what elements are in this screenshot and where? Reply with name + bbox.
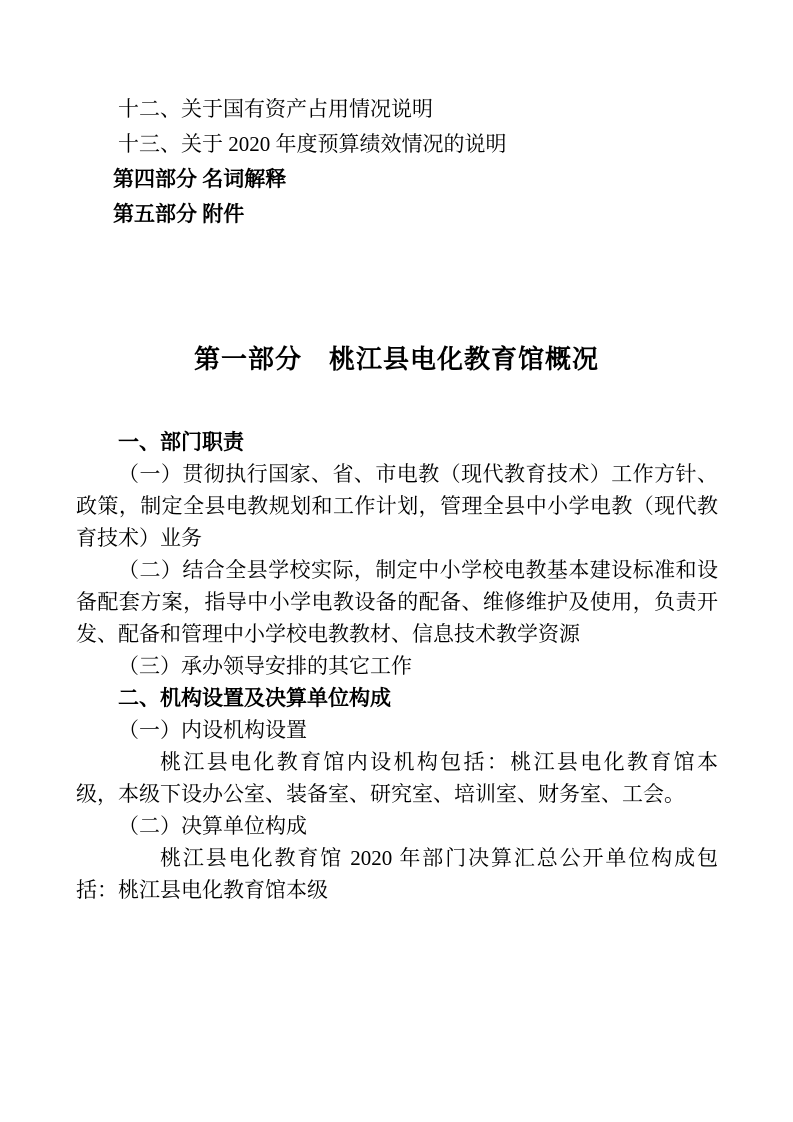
paragraph-line: 发、配备和管理中小学校电教教材、信息技术教学资源 — [76, 618, 718, 650]
toc-item: 十三、关于 2020 年度预算绩效情况的说明 — [76, 127, 718, 162]
section-heading: 一、部门职责 — [76, 426, 718, 458]
subsection-heading: （二）决算单位构成 — [76, 810, 718, 842]
toc-item: 十二、关于国有资产占用情况说明 — [76, 92, 718, 127]
document-page: 十二、关于国有资产占用情况说明 十三、关于 2020 年度预算绩效情况的说明 第… — [0, 0, 793, 1122]
paragraph-line: （一）贯彻执行国家、省、市电教（现代教育技术）工作方针、 — [76, 458, 718, 490]
paragraph-line: 备配套方案，指导中小学电教设备的配备、维修维护及使用，负责开 — [76, 586, 718, 618]
paragraph-line: 括：桃江县电化教育馆本级 — [76, 874, 718, 906]
paragraph-line: 桃江县电化教育馆 2020 年部门决算汇总公开单位构成包 — [76, 842, 718, 874]
toc-block: 十二、关于国有资产占用情况说明 十三、关于 2020 年度预算绩效情况的说明 第… — [76, 92, 718, 232]
paragraph-line: 级，本级下设办公室、装备室、研究室、培训室、财务室、工会。 — [76, 778, 718, 810]
body-block: 一、部门职责 （一）贯彻执行国家、省、市电教（现代教育技术）工作方针、 政策，制… — [76, 426, 718, 906]
part-heading: 第四部分 名词解释 — [76, 162, 718, 197]
section-heading: 二、机构设置及决算单位构成 — [76, 682, 718, 714]
paragraph-line: （二）结合全县学校实际，制定中小学校电教基本建设标准和设 — [76, 554, 718, 586]
section-title: 第一部分 桃江县电化教育馆概况 — [0, 339, 793, 376]
paragraph-line: （三）承办领导安排的其它工作 — [76, 650, 718, 682]
paragraph-line: 政策，制定全县电教规划和工作计划，管理全县中小学电教（现代教 — [76, 490, 718, 522]
part-heading: 第五部分 附件 — [76, 197, 718, 232]
paragraph-line: 桃江县电化教育馆内设机构包括：桃江县电化教育馆本 — [76, 746, 718, 778]
subsection-heading: （一）内设机构设置 — [76, 714, 718, 746]
paragraph-line: 育技术）业务 — [76, 522, 718, 554]
